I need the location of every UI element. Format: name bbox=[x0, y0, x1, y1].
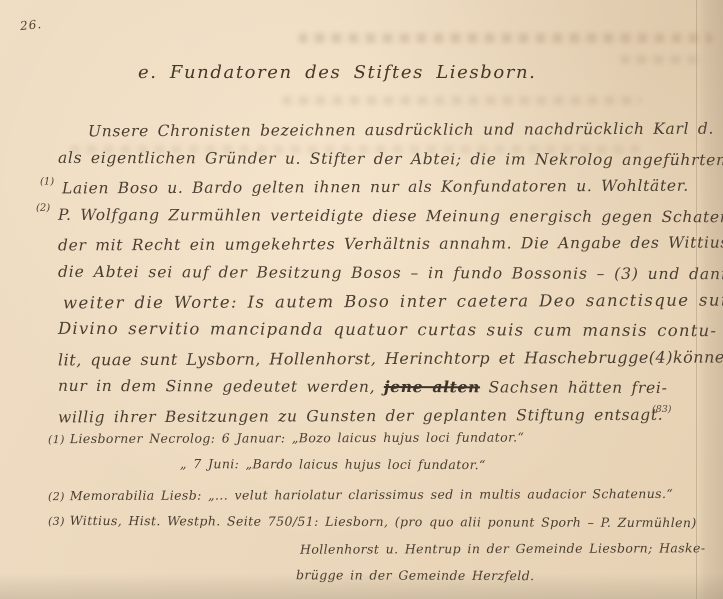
manuscript-page: 26. e. Fundatoren des Stiftes Liesborn. … bbox=[0, 0, 723, 599]
bleed-through-text bbox=[282, 96, 642, 105]
marginal-number: (83) bbox=[652, 404, 672, 415]
manuscript-line: der mit Recht ein umgekehrtes Verhältnis… bbox=[58, 229, 708, 260]
manuscript-line: Divino servitio mancipanda quatuor curta… bbox=[58, 315, 708, 346]
footnote-line: (1)Liesborner Necrolog: 6 Januar: „Bozo … bbox=[48, 423, 708, 452]
footnote-line: Hollenhorst u. Hentrup in der Gemeinde L… bbox=[300, 534, 708, 562]
footnote-label: (1) bbox=[48, 433, 65, 446]
footnote-reference-marker: (1) bbox=[40, 178, 54, 188]
footnotes: (1)Liesborner Necrolog: 6 Januar: „Bozo … bbox=[48, 424, 708, 589]
footnote-line: „ 7 Juni: „Bardo laicus hujus loci funda… bbox=[180, 450, 708, 479]
manuscript-line-text: P. Wolfgang Zurmühlen verteidigte diese … bbox=[58, 206, 723, 226]
manuscript-line: (2)P. Wolfgang Zurmühlen verteidigte die… bbox=[58, 201, 708, 232]
manuscript-line-text: lit, quae sunt Lysborn, Hollenhorst, Her… bbox=[58, 347, 723, 369]
manuscript-line: die Abtei sei auf der Besitzung Bosos – … bbox=[58, 258, 708, 289]
footnote-text: Memorabilia Liesb: „... velut hariolatur… bbox=[70, 486, 673, 503]
manuscript-line-text: Laien Boso u. Bardo gelten ihnen nur als… bbox=[62, 177, 689, 198]
struck-out-words: jene alten bbox=[384, 377, 480, 396]
manuscript-line-text: als eigentlichen Gründer u. Stifter der … bbox=[58, 148, 723, 168]
manuscript-line: (1)Laien Boso u. Bardo gelten ihnen nur … bbox=[62, 172, 708, 203]
manuscript-line: Unsere Chronisten bezeichnen ausdrücklic… bbox=[88, 115, 708, 146]
manuscript-line-text: weiter die Worte: Is autem Boso inter ca… bbox=[63, 290, 723, 312]
page-edge-shadow-bottom bbox=[0, 573, 723, 599]
manuscript-line-text: der mit Recht ein umgekehrtes Verhältnis… bbox=[58, 234, 723, 255]
manuscript-line: weiter die Worte: Is autem Boso inter ca… bbox=[63, 286, 708, 317]
bleed-through-text bbox=[298, 33, 713, 43]
footnote-text: „ 7 Juni: „Bardo laicus hujus loci funda… bbox=[180, 456, 486, 472]
footnote-line: (3)Wittius, Hist. Westph. Seite 750/51: … bbox=[48, 507, 708, 536]
manuscript-line: lit, quae sunt Lysborn, Hollenhorst, Her… bbox=[58, 343, 708, 374]
manuscript-line-text: Unsere Chronisten bezeichnen ausdrücklic… bbox=[88, 119, 723, 140]
footnote-reference-marker: (2) bbox=[36, 204, 50, 214]
footnote-line: (2)Memorabilia Liesb: „... velut hariola… bbox=[48, 480, 708, 509]
bleed-through-text bbox=[620, 55, 705, 64]
footnote-label: (2) bbox=[48, 490, 65, 503]
footnote-text: Hollenhorst u. Hentrup in der Gemeinde L… bbox=[300, 540, 706, 556]
text-segment: Sachsen hätten frei- bbox=[480, 379, 668, 398]
manuscript-line: als eigentlichen Gründer u. Stifter der … bbox=[58, 143, 708, 174]
manuscript-line: nur in dem Sinne gedeutet werden, jene a… bbox=[58, 372, 708, 403]
footnote-text: Wittius, Hist. Westph. Seite 750/51: Lie… bbox=[70, 513, 697, 530]
page-edge-shadow-right bbox=[696, 0, 723, 599]
footnote-label: (3) bbox=[48, 515, 65, 528]
manuscript-line-text: Divino servitio mancipanda quatuor curta… bbox=[58, 319, 717, 340]
page-number: 26. bbox=[19, 17, 42, 33]
footnote-text: Liesborner Necrolog: 6 Januar: „Bozo lai… bbox=[70, 429, 524, 446]
text-segment: nur in dem Sinne gedeutet werden, bbox=[58, 377, 384, 396]
manuscript-line-text: die Abtei sei auf der Besitzung Bosos – … bbox=[58, 263, 723, 283]
page-title: e. Fundatoren des Stiftes Liesborn. bbox=[138, 62, 537, 83]
manuscript-line-text: nur in dem Sinne gedeutet werden, jene a… bbox=[58, 377, 668, 397]
body-lines: Unsere Chronisten bezeichnen ausdrücklic… bbox=[58, 116, 708, 431]
